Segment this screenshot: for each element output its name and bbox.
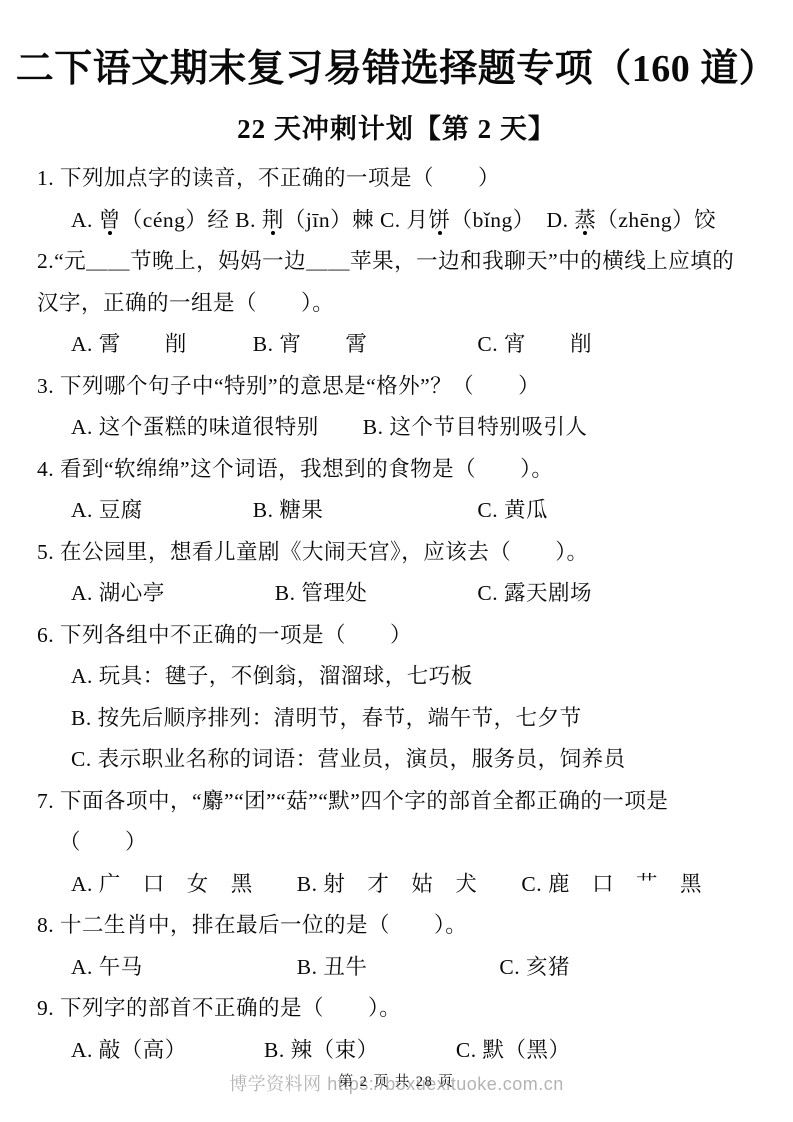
- q5-options: A. 湖心亭 B. 管理处 C. 露天剧场: [37, 573, 756, 615]
- question-7: 7. 下面各项中，“麝”“团”“菇”“默”四个字的部首全都正确的一项是 （ ） …: [37, 781, 756, 906]
- question-list: 1. 下列加点字的读音，不正确的一项是（ ） A. 曾（céng）经 B. 荆（…: [0, 158, 793, 1071]
- q6-option-b: B. 按先后顺序排列：清明节，春节，端午节，七夕节: [37, 698, 756, 740]
- question-4: 4. 看到“软绵绵”这个词语，我想到的食物是（ ）。 A. 豆腐 B. 糖果 C…: [37, 449, 756, 532]
- q4-stem: 4. 看到“软绵绵”这个词语，我想到的食物是（ ）。: [37, 449, 756, 491]
- q6-option-a: A. 玩具：毽子，不倒翁，溜溜球，七巧板: [37, 656, 756, 698]
- q5-stem: 5. 在公园里，想看儿童剧《大闹天宫》，应该去（ ）。: [37, 532, 756, 574]
- question-9: 9. 下列字的部首不正确的是（ ）。 A. 敲（高） B. 辣（束） C. 默（…: [37, 988, 756, 1071]
- question-5: 5. 在公园里，想看儿童剧《大闹天宫》，应该去（ ）。 A. 湖心亭 B. 管理…: [37, 532, 756, 615]
- emphasis-dot-char: 蒸: [574, 208, 596, 232]
- question-1: 1. 下列加点字的读音，不正确的一项是（ ） A. 曾（céng）经 B. 荆（…: [37, 158, 756, 241]
- q1-stem: 1. 下列加点字的读音，不正确的一项是（ ）: [37, 158, 756, 200]
- question-6: 6. 下列各组中不正确的一项是（ ） A. 玩具：毽子，不倒翁，溜溜球，七巧板 …: [37, 615, 756, 781]
- q6-stem: 6. 下列各组中不正确的一项是（ ）: [37, 615, 756, 657]
- q2-stem: 2.“元＿＿节晚上，妈妈一边＿＿苹果，一边和我聊天”中的横线上应填的: [37, 241, 756, 283]
- document-subtitle: 22 天冲刺计划【第 2 天】: [0, 107, 793, 146]
- question-3: 3. 下列哪个句子中“特别”的意思是“格外”？（ ） A. 这个蛋糕的味道很特别…: [37, 366, 756, 449]
- worksheet-page: 二下语文期末复习易错选择题专项（160 道） 22 天冲刺计划【第 2 天】 1…: [0, 0, 793, 1122]
- q7-options: A. 广 口 女 黑 B. 射 才 姑 犬 C. 鹿 口 艹 黑: [37, 864, 756, 906]
- q6-option-c: C. 表示职业名称的词语：营业员，演员，服务员，饲养员: [37, 739, 756, 781]
- q3-options: A. 这个蛋糕的味道很特别 B. 这个节目特别吸引人: [37, 407, 756, 449]
- q7-stem: 7. 下面各项中，“麝”“团”“菇”“默”四个字的部首全都正确的一项是: [37, 781, 756, 823]
- q3-stem: 3. 下列哪个句子中“特别”的意思是“格外”？（ ）: [37, 366, 756, 408]
- q8-options: A. 午马 B. 丑牛 C. 亥猪: [37, 947, 756, 989]
- question-8: 8. 十二生肖中，排在最后一位的是（ ）。 A. 午马 B. 丑牛 C. 亥猪: [37, 905, 756, 988]
- page-number: 第 2 页 共 28 页: [0, 1070, 793, 1091]
- emphasis-dot-char: 曾: [99, 208, 121, 232]
- q9-options: A. 敲（高） B. 辣（束） C. 默（黑）: [37, 1030, 756, 1072]
- q2-stem-cont: 汉字，正确的一组是（ ）。: [37, 283, 756, 325]
- question-2: 2.“元＿＿节晚上，妈妈一边＿＿苹果，一边和我聊天”中的横线上应填的 汉字，正确…: [37, 241, 756, 366]
- q9-stem: 9. 下列字的部首不正确的是（ ）。: [37, 988, 756, 1030]
- document-title: 二下语文期末复习易错选择题专项（160 道）: [0, 0, 793, 95]
- q7-answer-blank: （ ）: [37, 822, 756, 864]
- q2-options: A. 霄 削 B. 宵 霄 C. 宵 削: [37, 324, 756, 366]
- emphasis-dot-char: 饼: [429, 208, 451, 232]
- q1-options: A. 曾（céng）经 B. 荆（jīn）棘 C. 月饼（bǐng） D. 蒸（…: [37, 200, 756, 242]
- q4-options: A. 豆腐 B. 糖果 C. 黄瓜: [37, 490, 756, 532]
- q8-stem: 8. 十二生肖中，排在最后一位的是（ ）。: [37, 905, 756, 947]
- emphasis-dot-char: 荆: [262, 208, 284, 232]
